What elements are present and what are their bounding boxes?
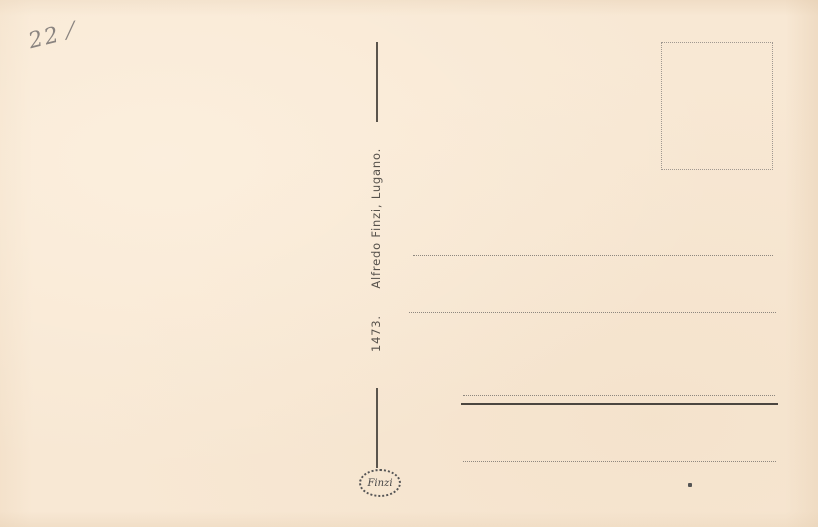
address-line-2: [409, 312, 776, 313]
stamp-box: [661, 42, 773, 170]
card-number: 1473.: [369, 315, 383, 352]
center-divider-top: [376, 42, 378, 122]
address-underline: [461, 403, 778, 405]
ink-speck: [688, 483, 692, 487]
center-divider-bottom: [376, 388, 378, 468]
publisher-name: Alfredo Finzi, Lugano.: [369, 148, 383, 289]
logo-text: Finzi: [367, 478, 392, 489]
handwritten-note: 22 ⁄: [26, 19, 77, 55]
publisher-imprint: 1473. Alfredo Finzi, Lugano.: [369, 148, 383, 352]
finzi-logo-icon: Finzi: [359, 469, 401, 497]
address-line-3: [463, 395, 775, 396]
address-line-4: [463, 461, 776, 462]
address-line-1: [413, 255, 773, 256]
postcard-back: 22 ⁄ 1473. Alfredo Finzi, Lugano. Finzi: [0, 0, 818, 527]
